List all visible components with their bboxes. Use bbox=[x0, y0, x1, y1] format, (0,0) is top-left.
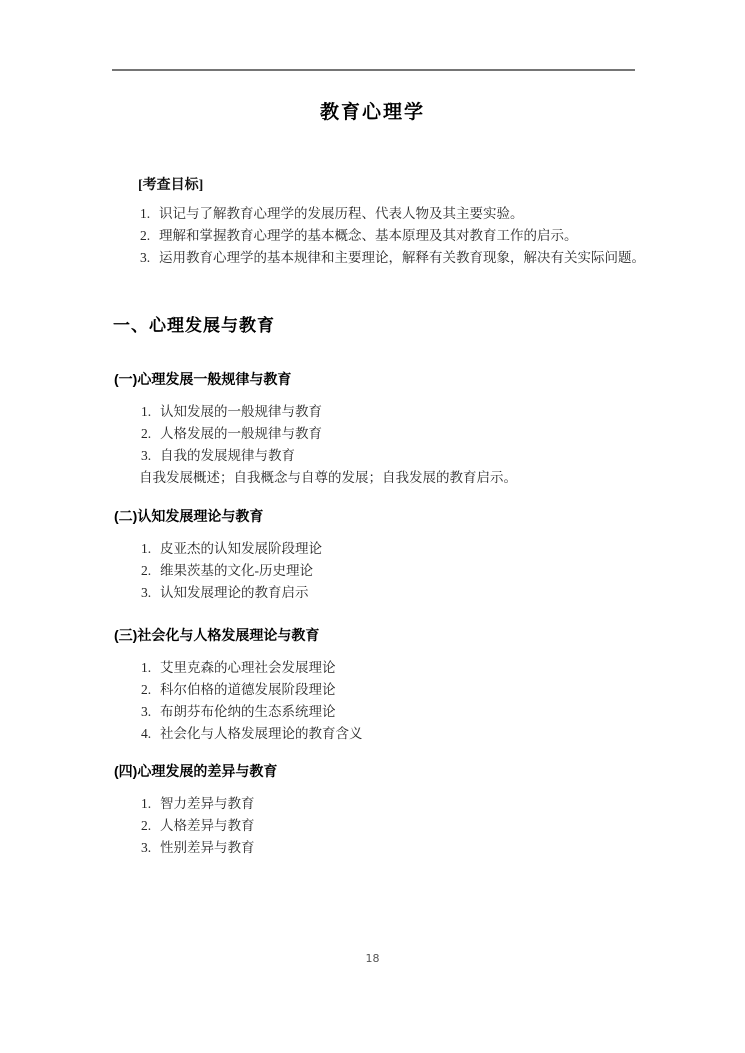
item-text: 认知发展的一般规律与教育 bbox=[160, 401, 322, 423]
item-number: 1. bbox=[141, 657, 160, 679]
section-heading: (一)心理发展一般规律与教育 bbox=[114, 368, 517, 390]
document-page: 教育心理学 [考查目标] 1. 识记与了解教育心理学的发展历程、代表人物及其主要… bbox=[0, 0, 745, 1053]
section-heading: (三)社会化与人格发展理论与教育 bbox=[114, 624, 363, 646]
list-item: 3. 性别差异与教育 bbox=[141, 837, 277, 859]
list-item: 1. 皮亚杰的认知发展阶段理论 bbox=[141, 538, 322, 560]
list-item: 2. 人格差异与教育 bbox=[141, 815, 277, 837]
item-number: 2. bbox=[141, 815, 160, 837]
item-number: 3. bbox=[141, 582, 160, 604]
list-item: 3. 运用教育心理学的基本规律和主要理论，解释有关教育现象，解决有关实际问题。 bbox=[140, 247, 645, 269]
chapter-heading: 一、心理发展与教育 bbox=[113, 314, 275, 338]
item-number: 4. bbox=[141, 723, 160, 745]
item-text: 理解和掌握教育心理学的基本概念、基本原理及其对教育工作的启示。 bbox=[159, 225, 578, 247]
section-2: (二)认知发展理论与教育 1. 皮亚杰的认知发展阶段理论 2. 维果茨基的文化-… bbox=[114, 505, 322, 604]
item-text: 维果茨基的文化-历史理论 bbox=[160, 560, 313, 582]
list-item: 3. 自我的发展规律与教育 bbox=[141, 445, 517, 467]
list-item: 1. 识记与了解教育心理学的发展历程、代表人物及其主要实验。 bbox=[140, 203, 645, 225]
objectives-list: 1. 识记与了解教育心理学的发展历程、代表人物及其主要实验。 2. 理解和掌握教… bbox=[140, 203, 645, 269]
item-number: 3. bbox=[141, 837, 160, 859]
list-item: 2. 人格发展的一般规律与教育 bbox=[141, 423, 517, 445]
item-text: 皮亚杰的认知发展阶段理论 bbox=[160, 538, 322, 560]
section-note: 自我发展概述；自我概念与自尊的发展；自我发展的教育启示。 bbox=[139, 467, 517, 489]
section-heading: (二)认知发展理论与教育 bbox=[114, 505, 322, 527]
item-number: 2. bbox=[141, 679, 160, 701]
section-list: 1. 艾里克森的心理社会发展理论 2. 科尔伯格的道德发展阶段理论 3. 布朗芬… bbox=[141, 657, 363, 745]
item-text: 科尔伯格的道德发展阶段理论 bbox=[160, 679, 336, 701]
item-text: 自我的发展规律与教育 bbox=[160, 445, 295, 467]
item-number: 2. bbox=[141, 560, 160, 582]
item-text: 运用教育心理学的基本规律和主要理论，解释有关教育现象，解决有关实际问题。 bbox=[159, 247, 645, 269]
item-text: 社会化与人格发展理论的教育含义 bbox=[160, 723, 363, 745]
item-number: 3. bbox=[141, 445, 160, 467]
list-item: 1. 智力差异与教育 bbox=[141, 793, 277, 815]
list-item: 2. 科尔伯格的道德发展阶段理论 bbox=[141, 679, 363, 701]
section-list: 1. 认知发展的一般规律与教育 2. 人格发展的一般规律与教育 3. 自我的发展… bbox=[141, 401, 517, 467]
item-number: 3. bbox=[141, 701, 160, 723]
item-text: 艾里克森的心理社会发展理论 bbox=[160, 657, 336, 679]
item-number: 2. bbox=[141, 423, 160, 445]
item-number: 2. bbox=[140, 225, 159, 247]
section-4: (四)心理发展的差异与教育 1. 智力差异与教育 2. 人格差异与教育 3. 性… bbox=[114, 760, 277, 859]
list-item: 3. 认知发展理论的教育启示 bbox=[141, 582, 322, 604]
item-text: 人格差异与教育 bbox=[160, 815, 255, 837]
list-item: 1. 认知发展的一般规律与教育 bbox=[141, 401, 517, 423]
item-number: 3. bbox=[140, 247, 159, 269]
section-list: 1. 智力差异与教育 2. 人格差异与教育 3. 性别差异与教育 bbox=[141, 793, 277, 859]
page-number: 18 bbox=[0, 952, 745, 965]
item-text: 智力差异与教育 bbox=[160, 793, 255, 815]
item-number: 1. bbox=[141, 401, 160, 423]
list-item: 3. 布朗芬布伦纳的生态系统理论 bbox=[141, 701, 363, 723]
item-text: 人格发展的一般规律与教育 bbox=[160, 423, 322, 445]
section-list: 1. 皮亚杰的认知发展阶段理论 2. 维果茨基的文化-历史理论 3. 认知发展理… bbox=[141, 538, 322, 604]
page-title: 教育心理学 bbox=[0, 97, 745, 124]
list-item: 1. 艾里克森的心理社会发展理论 bbox=[141, 657, 363, 679]
section-1: (一)心理发展一般规律与教育 1. 认知发展的一般规律与教育 2. 人格发展的一… bbox=[114, 368, 517, 489]
objectives-label: [考查目标] bbox=[138, 175, 203, 197]
item-text: 认知发展理论的教育启示 bbox=[160, 582, 309, 604]
item-number: 1. bbox=[140, 203, 159, 225]
header-rule bbox=[112, 69, 635, 71]
item-text: 性别差异与教育 bbox=[160, 837, 255, 859]
item-text: 识记与了解教育心理学的发展历程、代表人物及其主要实验。 bbox=[159, 203, 524, 225]
list-item: 2. 维果茨基的文化-历史理论 bbox=[141, 560, 322, 582]
list-item: 2. 理解和掌握教育心理学的基本概念、基本原理及其对教育工作的启示。 bbox=[140, 225, 645, 247]
section-heading: (四)心理发展的差异与教育 bbox=[114, 760, 277, 782]
list-item: 4. 社会化与人格发展理论的教育含义 bbox=[141, 723, 363, 745]
section-3: (三)社会化与人格发展理论与教育 1. 艾里克森的心理社会发展理论 2. 科尔伯… bbox=[114, 624, 363, 745]
item-number: 1. bbox=[141, 793, 160, 815]
item-number: 1. bbox=[141, 538, 160, 560]
item-text: 布朗芬布伦纳的生态系统理论 bbox=[160, 701, 336, 723]
